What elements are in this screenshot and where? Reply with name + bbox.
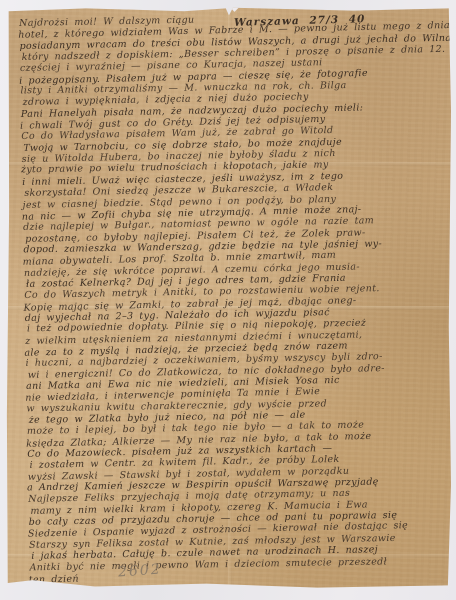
archive-number-pencil: 2602 xyxy=(117,561,162,580)
letter-paper: Warszawa 27/3 40 Najdrożsi moi! W dalszy… xyxy=(6,6,451,590)
letter-body: Najdrożsi moi! W dalszym ciąguhotel, z k… xyxy=(19,10,456,585)
